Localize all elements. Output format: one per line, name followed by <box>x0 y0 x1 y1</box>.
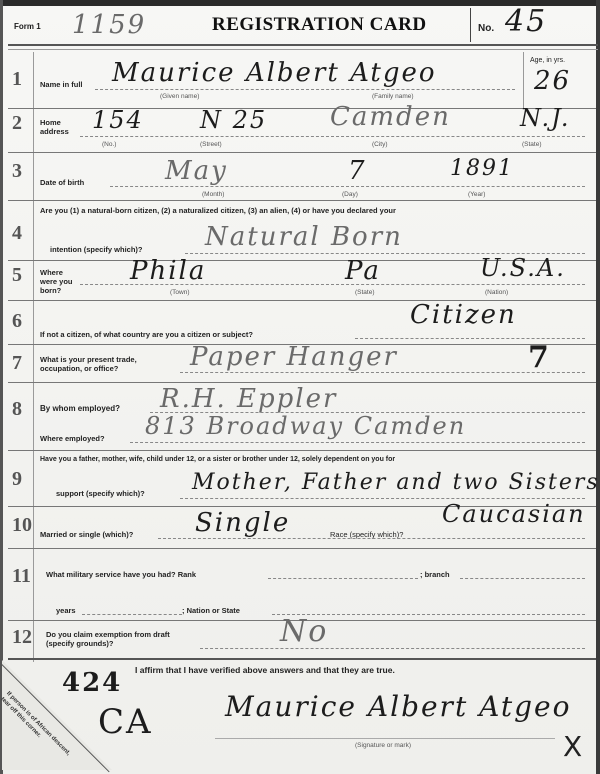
date-of-birth-line <box>110 186 585 187</box>
dependents-question-label: Have you a father, mother, wife, child u… <box>40 455 395 464</box>
street-number-sublabel: (No.) <box>102 141 116 148</box>
occupation-mark: 7 <box>528 340 551 375</box>
street-sublabel: (Street) <box>200 141 222 148</box>
city-sublabel: (City) <box>372 141 388 148</box>
occupation-value: Paper Hanger <box>190 342 398 372</box>
field-number-12: 12 <box>12 626 32 649</box>
marital-status-value: Single <box>195 508 290 538</box>
field-number-1: 1 <box>12 68 22 91</box>
date-of-birth-label: Date of birth <box>40 178 84 187</box>
birthplace-state-value: Pa <box>345 256 381 286</box>
header-rule-2 <box>8 49 598 50</box>
employer-label: By whom employed? <box>40 404 120 413</box>
citizenship-question-label: Are you (1) a natural-born citizen, (2) … <box>40 206 396 215</box>
birth-day-value: 7 <box>348 156 367 186</box>
header-rule <box>8 44 598 46</box>
signature-line <box>215 738 555 739</box>
occupation-line <box>180 372 585 373</box>
address-line <box>80 136 585 137</box>
citizenship-intention-label: intention (specify which)? <box>50 245 143 254</box>
row-divider-2 <box>8 152 596 153</box>
field-number-11: 11 <box>12 565 31 588</box>
exemption-label: Do you claim exemption from draft (speci… <box>46 630 196 648</box>
military-rank-label: What military service have you had? Rank <box>46 570 196 579</box>
age-box-divider <box>523 52 524 108</box>
work-location-value: 813 Broadway Camden <box>145 412 466 440</box>
name-line <box>95 89 515 90</box>
exemption-value: No <box>280 614 328 649</box>
birthplace-line <box>80 284 585 285</box>
birthplace-label: Where were you born? <box>40 268 74 295</box>
dependents-line <box>180 498 585 499</box>
military-years-line <box>82 614 182 615</box>
left-border <box>0 0 3 774</box>
family-name-sublabel: (Family name) <box>372 93 414 100</box>
given-name-sublabel: (Given name) <box>160 93 199 100</box>
address-number-value: 154 <box>92 106 144 134</box>
signature-sublabel: (Signature or mark) <box>355 742 411 749</box>
row-divider-3 <box>8 200 596 201</box>
field-number-2: 2 <box>12 112 22 135</box>
birth-state-sublabel: (State) <box>355 289 375 296</box>
military-rank-line <box>268 578 418 579</box>
military-years-label: years <box>56 606 76 615</box>
number-box-divider <box>470 8 471 42</box>
birthplace-town-value: Phila <box>130 256 206 286</box>
birthplace-nation-value: U.S.A. <box>480 254 566 282</box>
field-number-6: 6 <box>12 310 22 333</box>
address-city-value: Camden <box>330 102 451 132</box>
affirmation-text: I affirm that I have verified above answ… <box>135 666 395 675</box>
name-value: Maurice Albert Atgeo <box>112 58 437 88</box>
signature-value: Maurice Albert Atgeo <box>225 690 571 723</box>
marital-race-line <box>158 538 585 539</box>
military-branch-line <box>460 578 585 579</box>
marital-status-label: Married or single (which)? <box>40 530 133 539</box>
foreign-citizenship-label: If not a citizen, of what country are yo… <box>40 330 253 339</box>
registration-card: Form 1 1159 REGISTRATION CARD No. 45 Age… <box>0 0 600 774</box>
military-branch-label: ; branch <box>420 570 450 579</box>
work-location-label: Where employed? <box>40 434 105 443</box>
name-label: Name in full <box>40 80 83 89</box>
address-street-value: N 25 <box>200 106 267 134</box>
row-divider-10 <box>8 548 596 549</box>
serial-number: 1159 <box>72 10 146 40</box>
nation-sublabel: (Nation) <box>485 289 508 296</box>
home-address-label: Home address <box>40 118 70 136</box>
field-number-9: 9 <box>12 468 22 491</box>
field-number-7: 7 <box>12 352 22 375</box>
form-label: Form 1 <box>14 22 41 31</box>
birth-month-value: May <box>165 156 228 186</box>
field-number-3: 3 <box>12 160 22 183</box>
work-location-line <box>130 442 585 443</box>
field-number-10: 10 <box>12 514 32 537</box>
field-number-5: 5 <box>12 264 22 287</box>
month-sublabel: (Month) <box>202 191 224 198</box>
field-number-4: 4 <box>12 222 22 245</box>
foreign-citizenship-line <box>355 338 585 339</box>
age-value: 26 <box>534 66 571 96</box>
dependents-value: Mother, Father and two Sisters <box>192 470 600 495</box>
foreign-citizenship-value: Citizen <box>410 300 517 330</box>
day-sublabel: (Day) <box>342 191 358 198</box>
state-sublabel: (State) <box>522 141 542 148</box>
age-label: Age, in yrs. <box>530 56 565 65</box>
card-title: REGISTRATION CARD <box>212 14 427 36</box>
birth-year-value: 1891 <box>450 156 514 181</box>
mark-x: X <box>563 730 582 763</box>
employer-value: R.H. Eppler <box>160 384 337 414</box>
number-label: No. <box>478 24 494 33</box>
row-divider-7 <box>8 382 596 383</box>
number-column-divider <box>33 52 34 662</box>
right-border <box>596 0 600 774</box>
year-sublabel: (Year) <box>468 191 485 198</box>
race-value: Caucasian <box>442 500 586 528</box>
occupation-label: What is your present trade, occupation, … <box>40 355 170 373</box>
town-sublabel: (Town) <box>170 289 190 296</box>
registration-number: 45 <box>505 4 547 39</box>
military-nation-label: ; Nation or State <box>182 606 240 615</box>
address-state-value: N.J. <box>520 104 570 132</box>
citizenship-value: Natural Born <box>205 222 403 252</box>
dependents-support-label: support (specify which)? <box>56 489 145 498</box>
row-divider-8 <box>8 450 596 451</box>
exemption-line <box>200 648 585 649</box>
field-number-8: 8 <box>12 398 22 421</box>
